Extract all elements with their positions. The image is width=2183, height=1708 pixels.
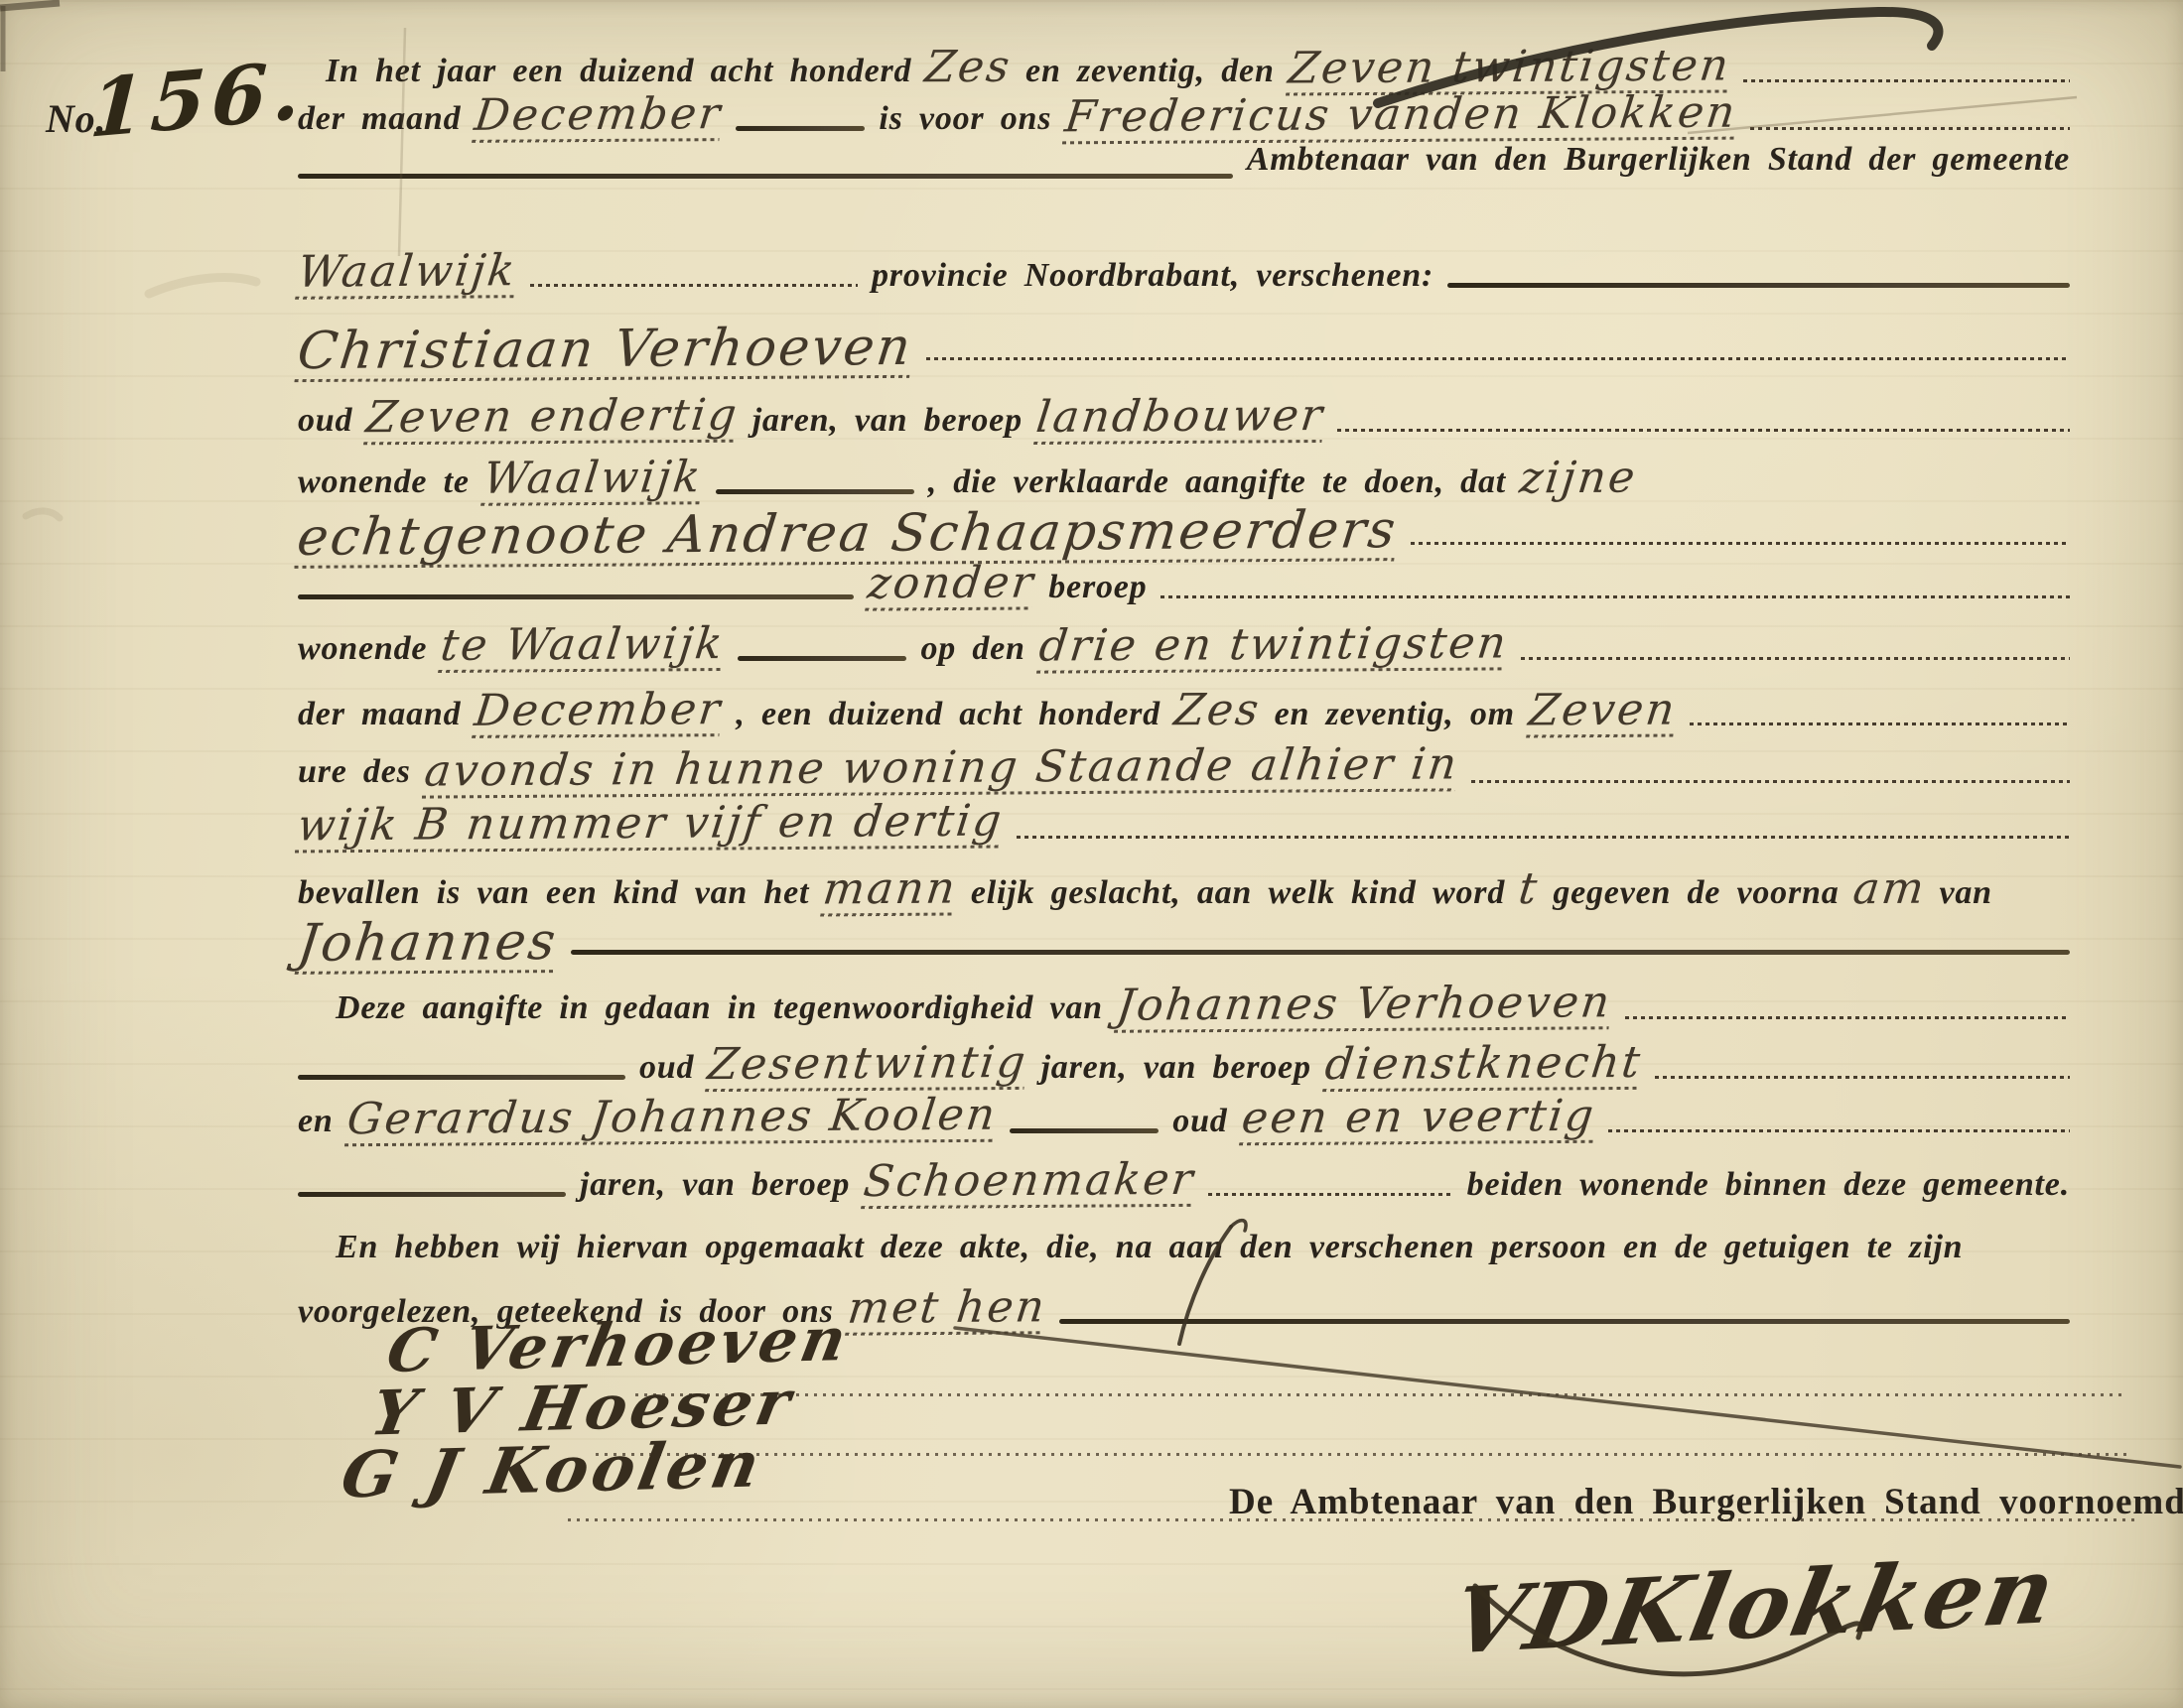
fill-line [716, 489, 914, 494]
act-line-witness2-details: jaren, van beroep Schoenmaker beiden won… [298, 1159, 2070, 1201]
act-line-official-title: Ambtenaar van den Burgerlijken Stand der… [298, 141, 2070, 183]
bleed-mark [149, 278, 256, 294]
printed-text: en zeventig, den [1025, 53, 1275, 90]
bleed-mark [26, 511, 60, 518]
handwritten-witness2-occupation: Schoenmaker [861, 1158, 1197, 1209]
act-line-municipality: Waalwijk provincie Noordbrabant, versche… [298, 250, 2070, 292]
printed-text: ure des [298, 753, 411, 791]
fill-line [1521, 657, 2070, 660]
fill-line [298, 1192, 566, 1197]
signature-rule [635, 1393, 2124, 1396]
handwritten-witness1-occupation: dienstknecht [1322, 1041, 1645, 1092]
fill-line [736, 126, 865, 131]
fill-line [571, 950, 2070, 955]
fill-line [530, 284, 858, 287]
fill-line [1690, 723, 2070, 725]
handwritten-signed-with: met hen [845, 1285, 1048, 1335]
handwritten-child-name: Johannes [295, 916, 561, 975]
birth-certificate-page: No. 156. In het jaar een duizend acht ho… [0, 0, 2183, 1708]
act-line-birth-month-hour: der maand December , een duizend acht ho… [298, 689, 2070, 730]
act-line-closing: En hebben wij hiervan opgemaakt deze akt… [298, 1229, 2070, 1270]
witness3-signature: G J Koolen [337, 1434, 768, 1509]
handwritten-house-number: wijk B nummer vijf en dertig [295, 800, 1006, 854]
act-line-birth-place: ure des avonds in hunne woning Staande a… [298, 746, 2070, 788]
handwritten-witness1-age: Zesentwintig [705, 1041, 1029, 1092]
printed-text: is voor ons [879, 100, 1051, 138]
printed-text: oud [639, 1049, 694, 1087]
printed-text: jaren, van beroep [752, 402, 1023, 440]
fill-line [1059, 1319, 2070, 1324]
handwritten-mother-name: echtgenoote Andrea Schaapsmeerders [294, 504, 1400, 569]
handwritten-witness2-age: een en veertig [1239, 1095, 1598, 1145]
handwritten-month: December [472, 92, 725, 143]
act-line-declarant-residence: wonende te Waalwijk , die verklaarde aan… [298, 457, 2070, 498]
printed-text: op den [920, 630, 1024, 668]
printed-text: oud [1172, 1103, 1227, 1140]
fill-line [1608, 1129, 2070, 1132]
printed-text: en zeventig, om [1275, 696, 1515, 733]
fill-line [1010, 1128, 1159, 1133]
handwritten-residence: Waalwijk [480, 456, 705, 506]
fill-line [1743, 79, 2070, 82]
printed-text: gegeven de voorna [1553, 874, 1839, 912]
act-line-birth-day: wonende te Waalwijk op den drie en twint… [298, 623, 2070, 665]
fill-line [1625, 1016, 2070, 1019]
fill-line [1017, 836, 2070, 839]
printed-text: In het jaar een duizend acht honderd [326, 53, 911, 90]
register-number-value: 156. [87, 50, 308, 149]
register-number: No. 156. [46, 95, 106, 142]
printed-text: jaren, van beroep [1041, 1049, 1311, 1087]
handwritten-birth-month: December [472, 688, 725, 738]
handwritten-letter: t [1517, 867, 1542, 911]
act-line-child-name: Johannes [298, 917, 2070, 959]
printed-text: En hebben wij hiervan opgemaakt deze akt… [336, 1229, 1963, 1266]
fill-line [298, 174, 1233, 179]
handwritten-letters: am [1850, 867, 1928, 912]
printed-text: beiden wonende binnen deze gemeente. [1467, 1166, 2070, 1204]
act-line-witness1-details: oud Zesentwintig jaren, van beroep diens… [298, 1042, 2070, 1084]
fill-line [1337, 429, 2070, 432]
handwritten-municipality: Waalwijk [295, 249, 519, 300]
printed-text: jaren, van beroep [580, 1166, 850, 1204]
act-line-declarant-name: Christiaan Verhoeven [298, 324, 2070, 365]
handwritten-official-name: Fredericus vanden Klokken [1062, 91, 1739, 145]
handwritten-declarant-occupation: landbouwer [1033, 394, 1326, 445]
handwritten-declarant-name: Christiaan Verhoeven [294, 322, 915, 382]
fill-line [1655, 1076, 2070, 1079]
handwritten-sex: mann [820, 867, 959, 917]
printed-text: elijk geslacht, aan welk kind word [971, 874, 1505, 912]
printed-text: der maand [298, 100, 461, 138]
official-signature: VDKlokken [1444, 1544, 2063, 1666]
printed-text: wonende [298, 630, 427, 668]
fill-line [1411, 542, 2070, 545]
act-line-house-number: wijk B nummer vijf en dertig [298, 802, 2070, 844]
act-line-mother-occupation: zonder beroep [298, 562, 2070, 603]
handwritten-declarant-age: Zeven endertig [363, 394, 741, 446]
fill-line [1471, 780, 2070, 783]
handwritten-mother-occupation: zonder [865, 561, 1037, 610]
printed-text: en [298, 1103, 334, 1140]
fill-line [1208, 1193, 1452, 1196]
act-line-child-sex: bevallen is van een kind van het mann el… [298, 867, 2070, 909]
printed-text: beroep [1048, 569, 1147, 606]
handwritten-year-units: Zes [1171, 689, 1263, 733]
printed-text: wonende te [298, 463, 470, 501]
printed-text: oud [298, 402, 352, 440]
printed-text: bevallen is van een kind van het [298, 874, 809, 912]
fill-line [1160, 595, 2070, 598]
act-line-month-official: der maand December is voor ons Fredericu… [298, 93, 2070, 135]
printed-text: Ambtenaar van den Burgerlijken Stand der… [1247, 141, 2070, 179]
act-line-witness1: Deze aangifte in gedaan in tegenwoordigh… [298, 983, 2070, 1024]
fill-line [298, 594, 854, 599]
fill-line [738, 656, 906, 661]
officiant-title: De Ambtenaar van den Burgerlijken Stand … [1229, 1481, 2183, 1523]
handwritten-birth-place: avonds in hunne woning Staande alhier in [421, 742, 1460, 798]
printed-text: , die verklaarde aangifte te doen, dat [928, 463, 1506, 501]
handwritten-word: zijne [1517, 457, 1639, 501]
page-edge [0, 3, 60, 8]
fill-line [1447, 283, 2070, 288]
handwritten-hour: Zeven [1526, 688, 1679, 737]
handwritten-year-units: Zes [923, 46, 1015, 90]
fill-line [298, 1075, 625, 1080]
diagonal-stroke [955, 1328, 2180, 1467]
handwritten-witness2-name: Gerardus Johannes Koolen [344, 1094, 1000, 1147]
fill-line [1750, 127, 2070, 130]
act-line-declarant-age-occupation: oud Zeven endertig jaren, van beroep lan… [298, 395, 2070, 437]
handwritten-residence: te Waalwijk [438, 622, 727, 673]
act-line-year: In het jaar een duizend acht honderd Zes… [298, 46, 2070, 87]
handwritten-birth-day: drie en twintigsten [1036, 621, 1511, 673]
printed-text: Deze aangifte in gedaan in tegenwoordigh… [336, 989, 1103, 1027]
printed-text: der maand [298, 696, 461, 733]
printed-text: , een duizend acht honderd [736, 696, 1160, 733]
act-line-mother-name: echtgenoote Andrea Schaapsmeerders [298, 508, 2070, 550]
printed-text: van [1939, 874, 1991, 912]
handwritten-witness1-name: Johannes Verhoeven [1114, 981, 1614, 1032]
act-line-witness2: en Gerardus Johannes Koolen oud een en v… [298, 1096, 2070, 1137]
fill-line [926, 357, 2070, 360]
printed-text: provincie Noordbrabant, verschenen: [872, 257, 1433, 295]
signature-rule [596, 1453, 2129, 1456]
